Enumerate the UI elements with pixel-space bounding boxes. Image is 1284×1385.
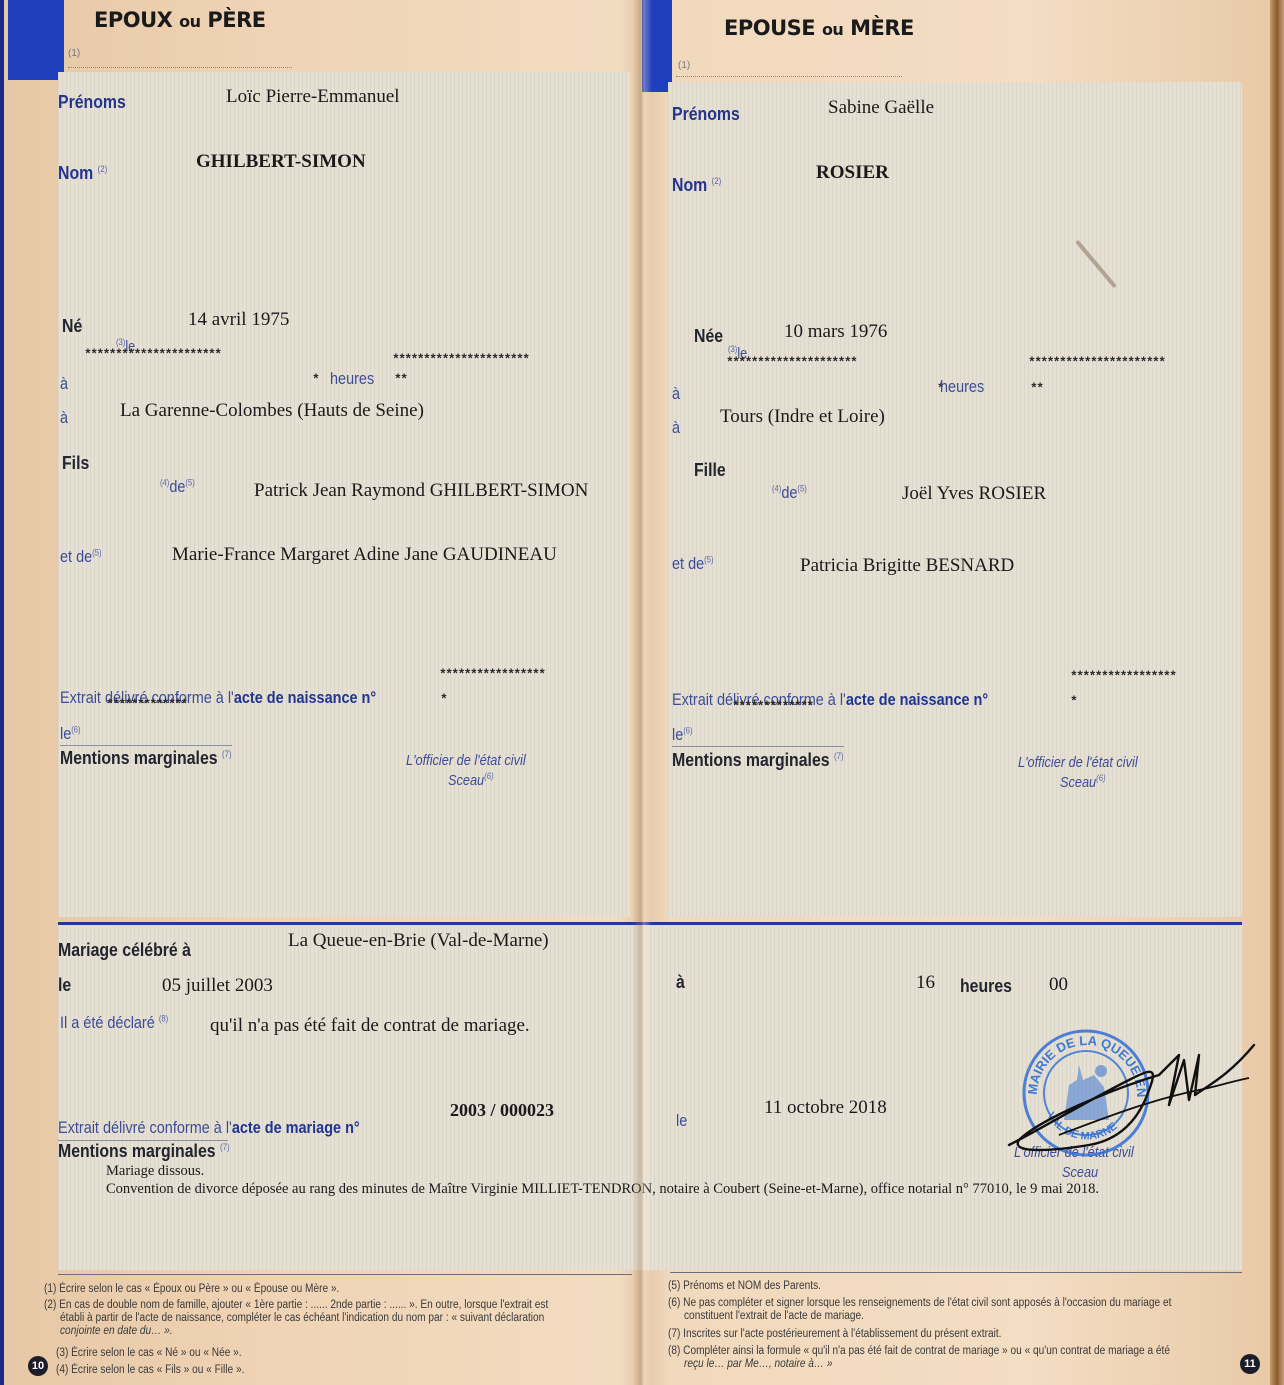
footnote-3: (3) Écrire selon le cas « Né » ou « Née … bbox=[56, 1347, 242, 1360]
nom-label: Nom (2) bbox=[58, 163, 107, 184]
redacted-stars: * bbox=[440, 692, 446, 707]
mariage-heures-label: heures bbox=[960, 976, 1012, 997]
redacted-stars: ********************** bbox=[1028, 355, 1164, 370]
parent2-name: Patricia Brigitte BESNARD bbox=[800, 555, 1014, 577]
mentions-label: Mentions marginales (7) bbox=[672, 750, 844, 771]
contrat-value: qu'il n'a pas été fait de contrat de mar… bbox=[210, 1015, 530, 1037]
rule bbox=[60, 745, 232, 746]
footnote-rule bbox=[58, 1274, 632, 1275]
nom-value: GHILBERT-SIMON bbox=[196, 151, 366, 173]
de-label: (4)de(5) bbox=[772, 483, 807, 503]
section-title-epoux: EPOUX ou PÈRE bbox=[94, 8, 266, 32]
nom-value: ROSIER bbox=[816, 162, 889, 184]
blue-corner-bar bbox=[8, 0, 64, 80]
mariage-date: 05 juillet 2003 bbox=[162, 975, 273, 997]
et-de-label: et de(5) bbox=[60, 547, 101, 567]
redacted-stars: ********************** bbox=[392, 352, 528, 367]
le-ref-label: le(6) bbox=[672, 725, 693, 745]
de-label: (4)de(5) bbox=[160, 477, 195, 497]
mariage-le-label: le bbox=[58, 975, 71, 996]
birth-date: 14 avril 1975 bbox=[188, 309, 289, 331]
parent1-name: Patrick Jean Raymond GHILBERT-SIMON bbox=[254, 480, 588, 502]
sceau-label: Sceau(6) bbox=[448, 771, 494, 789]
footnote-5: (5) Prénoms et NOM des Parents. bbox=[668, 1280, 821, 1293]
a-label: à bbox=[60, 374, 68, 394]
mentions-line-1: Mariage dissous. bbox=[106, 1163, 204, 1180]
redacted-stars: ************* bbox=[732, 699, 813, 714]
redacted-stars: ************* bbox=[106, 697, 187, 712]
redacted-stars: ********************** bbox=[84, 347, 220, 362]
book-edge bbox=[1270, 0, 1284, 1385]
footnote-6-cont: constituent l'extrait de l'acte de maria… bbox=[684, 1310, 864, 1323]
parent2-name: Marie-France Margaret Adine Jane GAUDINE… bbox=[172, 544, 557, 566]
ref-1: (1) bbox=[678, 60, 690, 71]
mariage-heure: 16 bbox=[916, 972, 935, 994]
footnote-4: (4) Écrire selon le cas « Fils » ou « Fi… bbox=[56, 1364, 244, 1377]
fils-label: Fils bbox=[62, 453, 89, 474]
ne-label: Né bbox=[62, 316, 82, 337]
rule bbox=[672, 746, 844, 747]
parent1-name: Joël Yves ROSIER bbox=[902, 483, 1046, 505]
ref-1: (1) bbox=[68, 48, 80, 59]
delivre-le-label: le bbox=[676, 1111, 687, 1131]
officier-label: L'officier de l'état civil bbox=[406, 752, 526, 769]
a-label: à bbox=[60, 408, 68, 428]
signature-icon bbox=[999, 1030, 1264, 1160]
prenoms-value: Loïc Pierre-Emmanuel bbox=[226, 86, 400, 108]
dotted-rule bbox=[68, 67, 292, 68]
footnote-8: (8) Compléter ainsi la formule « qu'il n… bbox=[668, 1345, 1170, 1358]
prenoms-label: Prénoms bbox=[58, 92, 126, 113]
page-number-right: 11 bbox=[1240, 1354, 1260, 1374]
mariage-minutes: 00 bbox=[1049, 974, 1068, 996]
delivre-date: 11 octobre 2018 bbox=[764, 1097, 887, 1119]
livret-de-famille-spread: EPOUX ou PÈRE (1) Prénoms Loïc Pierre-Em… bbox=[4, 0, 1284, 1385]
redacted-stars: * bbox=[312, 372, 318, 387]
footnote-rule bbox=[670, 1272, 1242, 1273]
mariage-celebre-label: Mariage célébré à bbox=[58, 940, 191, 961]
heures-label: heures bbox=[330, 369, 374, 389]
footnote-6: (6) Ne pas compléter et signer lorsque l… bbox=[668, 1297, 1171, 1310]
footnote-2: (2) En cas de double nom de famille, ajo… bbox=[44, 1299, 548, 1312]
mariage-sceau-label: Sceau bbox=[1062, 1164, 1098, 1181]
footnote-2-cont: conjointe en date du… ». bbox=[60, 1325, 173, 1338]
mariage-mentions-label: Mentions marginales (7) bbox=[58, 1141, 230, 1162]
footnote-2-cont: établi à partir de l'acte de naissance, … bbox=[60, 1312, 544, 1325]
redacted-stars: ********************* bbox=[726, 355, 856, 370]
et-de-label: et de(5) bbox=[672, 554, 713, 574]
nee-label: Née bbox=[694, 326, 723, 347]
extrait-mariage-label: Extrait délivré conforme à l'acte de mar… bbox=[58, 1118, 360, 1138]
footnote-8-cont: reçu le… par Me…, notaire à… » bbox=[684, 1358, 833, 1371]
acte-mariage-numero: 2003 / 000023 bbox=[450, 1100, 554, 1121]
prenoms-value: Sabine Gaëlle bbox=[828, 97, 934, 119]
section-title-epouse: EPOUSE ou MÈRE bbox=[724, 16, 914, 40]
officier-label: L'officier de l'état civil bbox=[1018, 754, 1138, 771]
redacted-stars: ***************** bbox=[1070, 669, 1175, 684]
a-label: à bbox=[672, 384, 680, 404]
birth-place: La Garenne-Colombes (Hauts de Seine) bbox=[120, 400, 424, 422]
sceau-label: Sceau(6) bbox=[1060, 773, 1106, 791]
birth-date: 10 mars 1976 bbox=[784, 321, 887, 343]
book-fold bbox=[632, 0, 652, 1385]
le-ref-label: le(6) bbox=[60, 724, 81, 744]
a-label: à bbox=[672, 418, 680, 438]
dotted-rule bbox=[676, 76, 902, 77]
birth-place: Tours (Indre et Loire) bbox=[720, 406, 885, 428]
redacted-stars: * bbox=[1070, 694, 1076, 709]
footnote-1: (1) Écrire selon le cas « Époux ou Père … bbox=[44, 1283, 339, 1296]
fille-label: Fille bbox=[694, 460, 726, 481]
footnote-7: (7) Inscrites sur l'acte postérieurement… bbox=[668, 1328, 1001, 1341]
heures-label: heures bbox=[940, 377, 984, 397]
nom-label: Nom (2) bbox=[672, 175, 721, 196]
mariage-a-label: à bbox=[676, 972, 685, 993]
prenoms-label: Prénoms bbox=[672, 104, 740, 125]
redacted-stars: ** bbox=[1030, 381, 1042, 396]
redacted-stars: ** bbox=[394, 372, 406, 387]
mariage-lieu: La Queue-en-Brie (Val-de-Marne) bbox=[288, 930, 549, 952]
mentions-label: Mentions marginales (7) bbox=[60, 748, 232, 769]
mentions-line-2: Convention de divorce déposée au rang de… bbox=[106, 1181, 1099, 1198]
declare-label: Il a été déclaré (8) bbox=[60, 1013, 168, 1033]
extrait-naissance-label: Extrait délivré conforme à l'acte de nai… bbox=[672, 690, 988, 710]
redacted-stars: ***************** bbox=[439, 667, 544, 682]
page-number-left: 10 bbox=[28, 1356, 48, 1376]
